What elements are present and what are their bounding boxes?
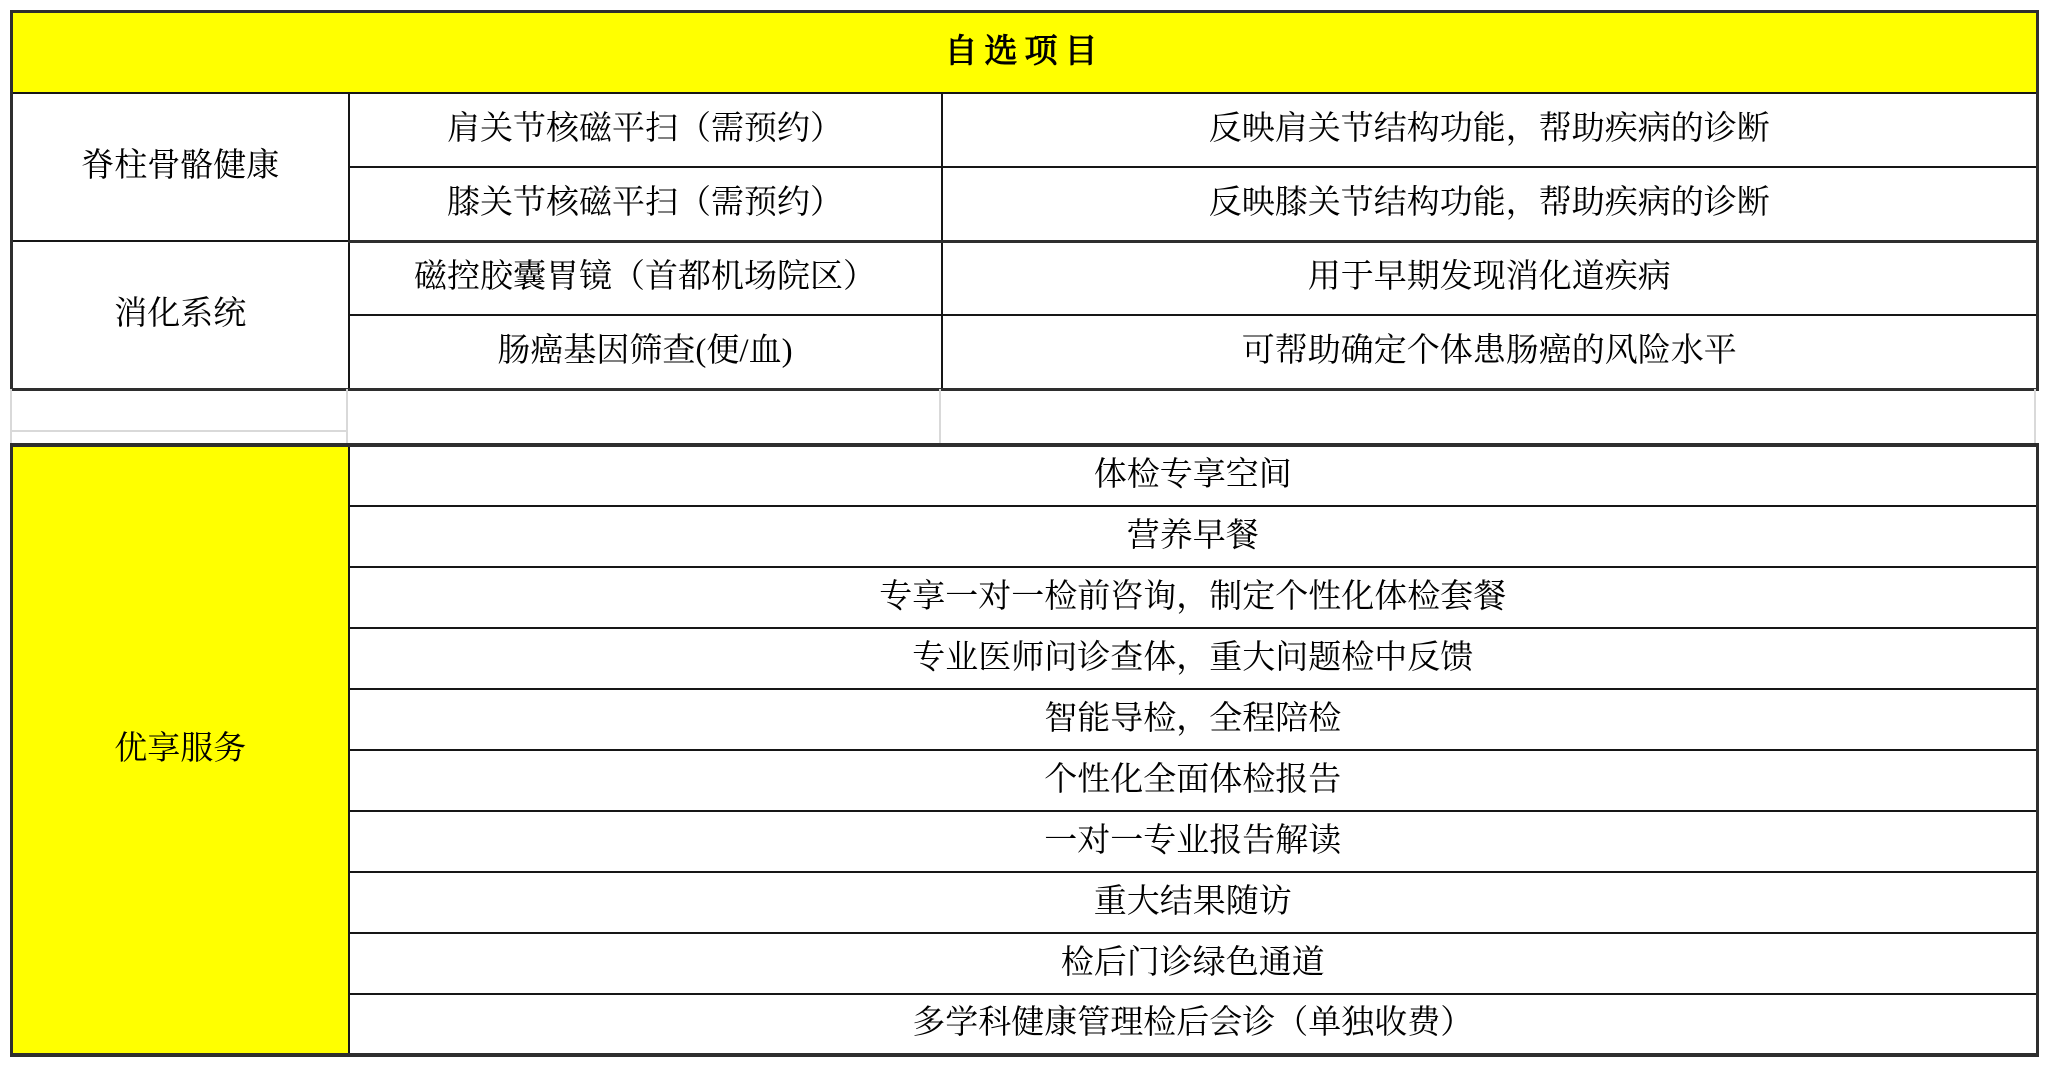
category-cell: 消化系统 xyxy=(12,241,349,389)
service-cell: 专享一对一检前咨询，制定个性化体检套餐 xyxy=(349,567,2038,628)
table-title: 自选项目 xyxy=(12,12,2038,94)
desc-cell: 反映膝关节结构功能，帮助疾病的诊断 xyxy=(942,167,2038,241)
service-cell: 体检专享空间 xyxy=(349,445,2038,506)
gap-gridline-vertical xyxy=(939,389,941,443)
item-cell: 磁控胶囊胃镜（首都机场院区） xyxy=(349,241,942,315)
table-row: 脊柱骨骼健康 肩关节核磁平扫（需预约） 反映肩关节结构功能，帮助疾病的诊断 xyxy=(12,93,2038,167)
table-row: 消化系统 磁控胶囊胃镜（首都机场院区） 用于早期发现消化道疾病 xyxy=(12,241,2038,315)
item-cell: 肩关节核磁平扫（需预约） xyxy=(349,93,942,167)
desc-cell: 用于早期发现消化道疾病 xyxy=(942,241,2038,315)
service-cell: 一对一专业报告解读 xyxy=(349,811,2038,872)
item-cell: 膝关节核磁平扫（需预约） xyxy=(349,167,942,241)
table-row: 优享服务 体检专享空间 xyxy=(12,445,2038,506)
service-cell: 营养早餐 xyxy=(349,506,2038,567)
service-cell: 智能导检，全程陪检 xyxy=(349,689,2038,750)
service-cell: 重大结果随访 xyxy=(349,872,2038,933)
service-cell: 检后门诊绿色通道 xyxy=(349,933,2038,994)
gap-gridline-vertical xyxy=(346,389,348,443)
spreadsheet-page: 自选项目 脊柱骨骼健康 肩关节核磁平扫（需预约） 反映肩关节结构功能，帮助疾病的… xyxy=(0,0,2048,1069)
table-header-row: 自选项目 xyxy=(12,12,2038,94)
item-cell: 肠癌基因筛查(便/血) xyxy=(349,315,942,389)
service-cell: 专业医师问诊查体，重大问题检中反馈 xyxy=(349,628,2038,689)
service-cell: 个性化全面体检报告 xyxy=(349,750,2038,811)
gap-gridline-horizontal xyxy=(10,430,347,432)
desc-cell: 反映肩关节结构功能，帮助疾病的诊断 xyxy=(942,93,2038,167)
services-category-cell: 优享服务 xyxy=(12,445,349,1055)
desc-cell: 可帮助确定个体患肠癌的风险水平 xyxy=(942,315,2038,389)
optional-items-table: 自选项目 脊柱骨骼健康 肩关节核磁平扫（需预约） 反映肩关节结构功能，帮助疾病的… xyxy=(10,10,2039,391)
category-cell: 脊柱骨骼健康 xyxy=(12,93,349,241)
gap-gridline-vertical xyxy=(2034,389,2036,443)
gap-gridline-vertical xyxy=(10,389,12,443)
premium-services-table: 优享服务 体检专享空间 营养早餐 专享一对一检前咨询，制定个性化体检套餐 专业医… xyxy=(10,443,2039,1057)
service-cell: 多学科健康管理检后会诊（单独收费） xyxy=(349,994,2038,1055)
